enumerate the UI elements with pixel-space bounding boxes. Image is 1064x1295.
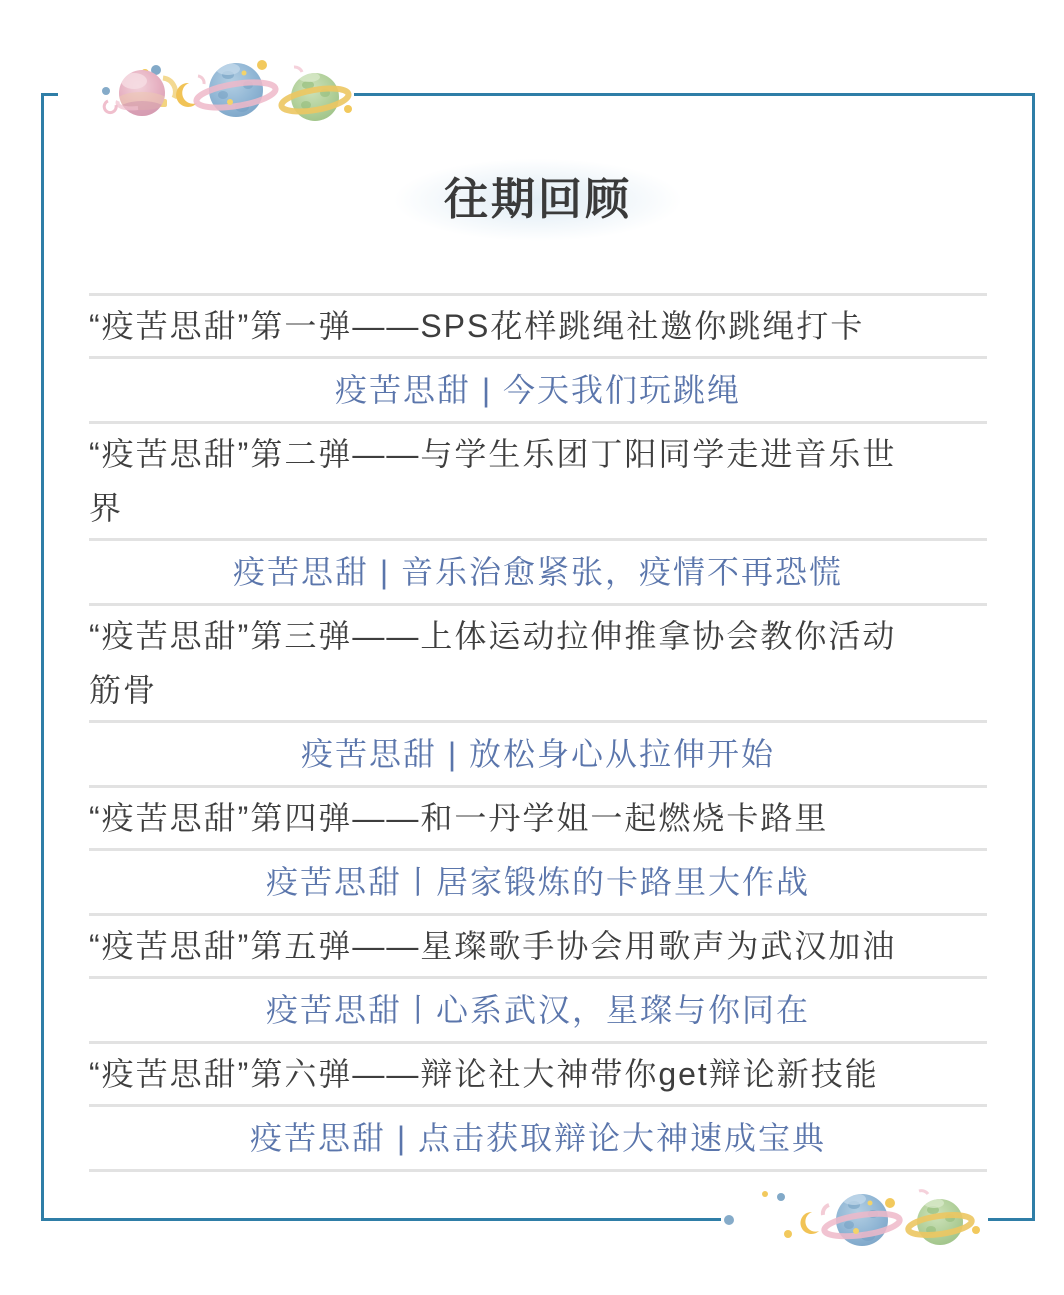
article-title-line: “疫苦思甜”第四弹——和一丹学姐一起燃烧卡路里 xyxy=(89,791,987,845)
article-title-line: “疫苦思甜”第三弹——上体运动拉伸推拿协会教你活动 xyxy=(89,609,987,663)
crescent-moon-icon xyxy=(800,1212,819,1234)
blue-planet-icon xyxy=(195,63,277,117)
article-link[interactable]: 疫苦思甜 | 放松身心从拉伸开始 xyxy=(89,720,987,785)
article-title: “疫苦思甜”第一弹——SPS花样跳绳社邀你跳绳打卡 xyxy=(89,293,987,356)
article-link[interactable]: 疫苦思甜丨居家锻炼的卡路里大作战 xyxy=(89,848,987,913)
green-planet-icon xyxy=(280,72,350,121)
planets-illustration xyxy=(58,57,354,135)
pink-planet-icon xyxy=(116,70,168,123)
planets-illustration xyxy=(721,1179,988,1257)
article-link[interactable]: 疫苦思甜丨心系武汉，星璨与你同在 xyxy=(89,976,987,1041)
article-title-line: “疫苦思甜”第五弹——星璨歌手协会用歌声为武汉加油 xyxy=(89,919,987,973)
article-link[interactable]: 疫苦思甜 | 点击获取辩论大神速成宝典 xyxy=(89,1104,987,1169)
crescent-moon-icon xyxy=(176,83,197,107)
article-link[interactable]: 疫苦思甜 | 音乐治愈紧张，疫情不再恐慌 xyxy=(89,538,987,603)
page-title: 往期回顾 xyxy=(44,157,1032,243)
article-title-line: “疫苦思甜”第六弹——辩论社大神带你get辩论新技能 xyxy=(89,1047,987,1101)
archive-list: “疫苦思甜”第一弹——SPS花样跳绳社邀你跳绳打卡 疫苦思甜 | 今天我们玩跳绳… xyxy=(89,293,987,1172)
article-title: “疫苦思甜”第四弹——和一丹学姐一起燃烧卡路里 xyxy=(89,785,987,848)
green-planet-icon xyxy=(907,1198,973,1245)
content-frame: 往期回顾 “疫苦思甜”第一弹——SPS花样跳绳社邀你跳绳打卡 疫苦思甜 | 今天… xyxy=(41,93,1035,1221)
article-title: “疫苦思甜”第五弹——星璨歌手协会用歌声为武汉加油 xyxy=(89,913,987,976)
article-title: “疫苦思甜”第三弹——上体运动拉伸推拿协会教你活动筋骨 xyxy=(89,603,987,720)
article-title: “疫苦思甜”第六弹——辩论社大神带你get辩论新技能 xyxy=(89,1041,987,1104)
article-title-line: “疫苦思甜”第二弹——与学生乐团丁阳同学走进音乐世 xyxy=(89,427,987,481)
article-title-line: 筋骨 xyxy=(89,663,987,717)
article-title: “疫苦思甜”第二弹——与学生乐团丁阳同学走进音乐世界 xyxy=(89,421,987,538)
decoration-planets-bottom-right xyxy=(721,1179,988,1257)
article-title-line: 界 xyxy=(89,481,987,535)
article-link[interactable]: 疫苦思甜 | 今天我们玩跳绳 xyxy=(89,356,987,421)
article-title-line: “疫苦思甜”第一弹——SPS花样跳绳社邀你跳绳打卡 xyxy=(89,299,987,353)
decoration-planets-top-left xyxy=(58,57,354,135)
page-title-text: 往期回顾 xyxy=(388,157,688,243)
